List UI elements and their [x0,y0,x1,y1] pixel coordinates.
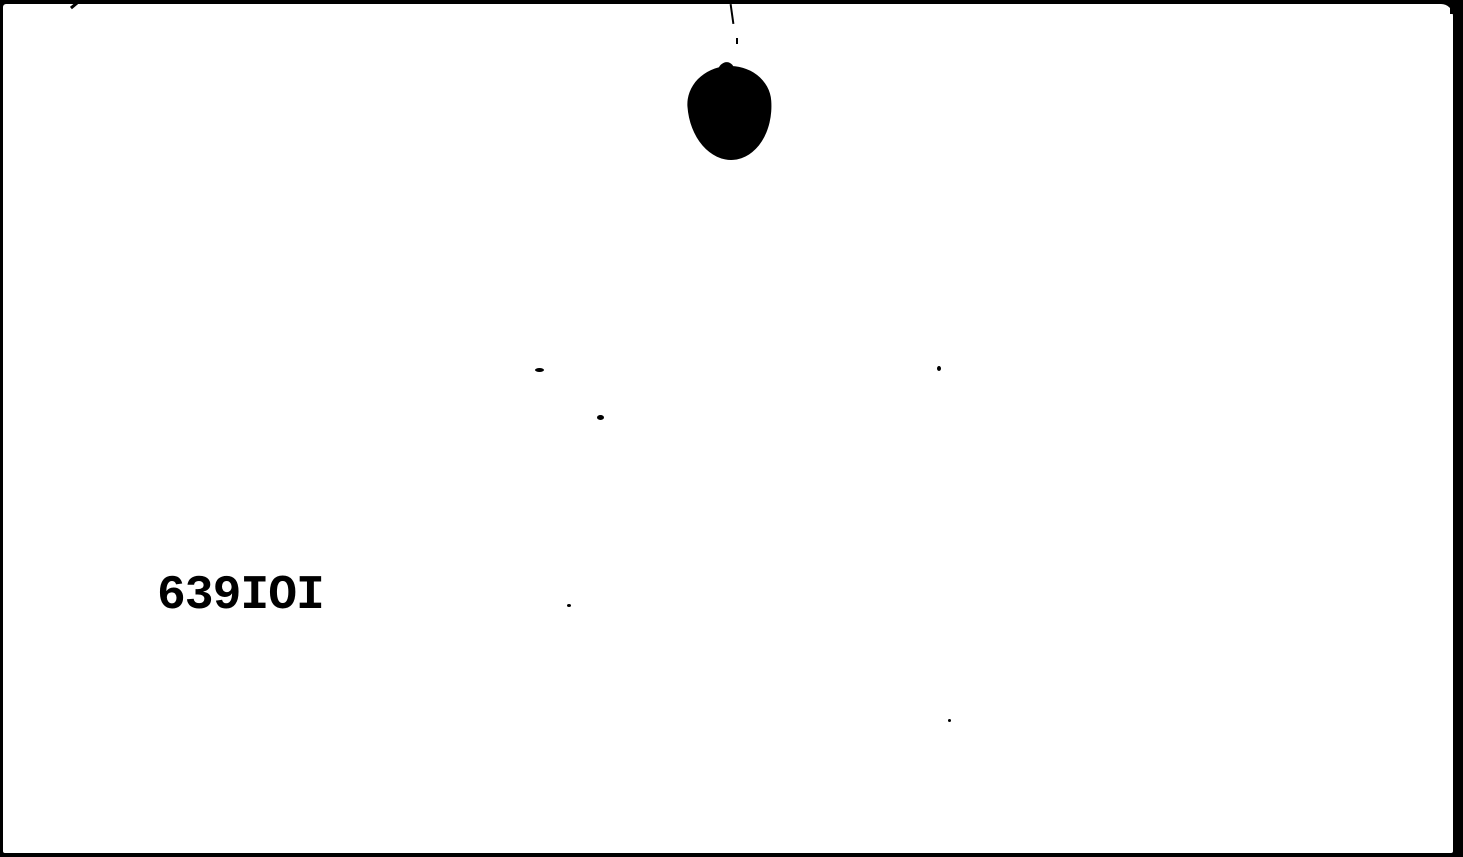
dust-speck [937,366,941,371]
dust-speck [597,415,604,420]
string-mark [736,38,738,44]
edge-mark [0,40,3,48]
call-number: 639IOI [157,572,324,620]
dust-speck [567,604,571,607]
edge-mark [1450,8,1456,14]
dust-speck [535,368,544,372]
dust-speck [948,719,951,722]
